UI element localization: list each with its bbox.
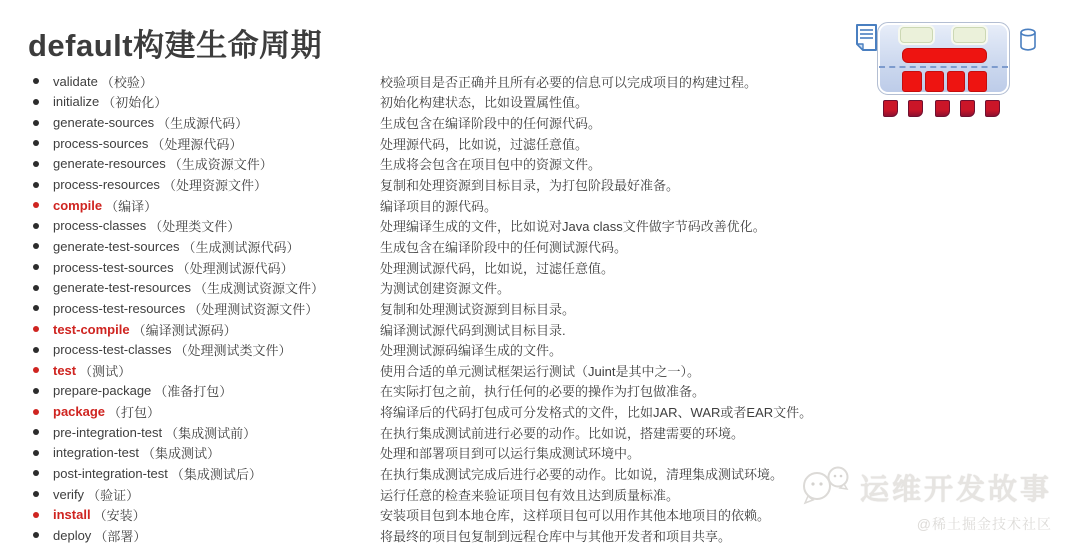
bullet-icon — [33, 78, 39, 84]
artifact-chip — [935, 100, 950, 117]
bullet-icon — [33, 512, 39, 518]
phase-name: package — [53, 404, 105, 419]
lifecycle-row: process-test-sources （处理测试源代码） 处理测试源代码，比… — [0, 257, 1080, 278]
bullet-icon — [33, 223, 39, 229]
phase-cell: prepare-package （准备打包） — [0, 381, 380, 400]
phase-description: 在实际打包之前，执行任何的必要的操作为打包做准备。 — [380, 381, 1080, 400]
bullet-icon — [33, 429, 39, 435]
artifact-chip — [985, 100, 1000, 117]
phase-name: test-compile — [53, 322, 130, 337]
phase-cell: test-compile （编译测试源码） — [0, 320, 380, 339]
bullet-icon — [33, 161, 39, 167]
bullet-icon — [33, 470, 39, 476]
phase-translation: （安装） — [94, 505, 146, 524]
lifecycle-row: generate-test-sources （生成测试源代码） 生成包含在编译阶… — [0, 236, 1080, 257]
lifecycle-row: compile （编译） 编译项目的源代码。 — [0, 195, 1080, 216]
lifecycle-row: process-test-resources （处理测试资源文件） 复制和处理测… — [0, 298, 1080, 319]
watermark: 运维开发故事 @稀土掘金技术社区 — [798, 464, 1052, 534]
phase-cell: verify （验证） — [0, 485, 380, 504]
artifact-chip — [883, 100, 898, 117]
phase-description: 编译测试源代码到测试目标目录. — [380, 320, 1080, 339]
bullet-icon — [33, 388, 39, 394]
lifecycle-row: pre-integration-test （集成测试前） 在执行集成测试前进行必… — [0, 422, 1080, 443]
phase-name: install — [53, 507, 91, 522]
bullet-icon — [33, 285, 39, 291]
phase-cell: process-sources （处理源代码） — [0, 134, 380, 153]
lifecycle-row: generate-test-resources （生成测试资源文件） 为测试创建… — [0, 277, 1080, 298]
bullet-icon — [33, 99, 39, 105]
artifact-chip — [960, 100, 975, 117]
phase-translation: （打包） — [108, 402, 160, 421]
phase-name: test — [53, 363, 76, 378]
chat-bubbles-icon — [798, 464, 852, 511]
bullet-icon — [33, 243, 39, 249]
phase-cell: generate-test-sources （生成测试源代码） — [0, 237, 380, 256]
phase-cell: generate-test-resources （生成测试资源文件） — [0, 278, 380, 297]
phase-name: process-test-resources — [53, 301, 185, 316]
phase-translation: （生成测试资源文件） — [194, 278, 324, 297]
phase-name: prepare-package — [53, 383, 151, 398]
phase-translation: （验证） — [87, 485, 139, 504]
bullet-icon — [33, 305, 39, 311]
bullet-icon — [33, 202, 39, 208]
bullet-icon — [33, 326, 39, 332]
phase-translation: （编译测试源码） — [133, 320, 237, 339]
phase-cell: pre-integration-test （集成测试前） — [0, 423, 380, 442]
build-lifecycle-diagram — [850, 10, 1060, 130]
lifecycle-row: generate-resources （生成资源文件） 生成将会包含在项目包中的… — [0, 154, 1080, 175]
phase-translation: （处理测试资源文件） — [188, 299, 318, 318]
phase-description: 处理源代码，比如说，过滤任意值。 — [380, 134, 1080, 153]
phase-translation: （处理类文件） — [149, 216, 240, 235]
watermark-brand: 运维开发故事 — [860, 467, 1052, 508]
phase-description: 将编译后的代码打包成可分发格式的文件，比如JAR、WAR或者EAR文件。 — [380, 402, 1080, 421]
phase-name: deploy — [53, 528, 91, 543]
page-title: default构建生命周期 — [28, 20, 322, 65]
phase-translation: （处理资源文件） — [163, 175, 267, 194]
lifecycle-row: process-test-classes （处理测试类文件） 处理测试源码编译生… — [0, 339, 1080, 360]
phase-translation: （校验） — [101, 72, 153, 91]
phase-cell: deploy （部署） — [0, 526, 380, 545]
phase-translation: （处理测试类文件） — [174, 340, 291, 359]
phase-description: 在执行集成测试前进行必要的动作。比如说，搭建需要的环境。 — [380, 423, 1080, 442]
phase-name: integration-test — [53, 445, 139, 460]
phase-cell: post-integration-test （集成测试后） — [0, 464, 380, 483]
lifecycle-row: process-resources （处理资源文件） 复制和处理资源到目标目录，… — [0, 174, 1080, 195]
lifecycle-row: process-sources （处理源代码） 处理源代码，比如说，过滤任意值。 — [0, 133, 1080, 154]
phase-translation: （测试） — [79, 361, 131, 380]
phase-translation: （生成源代码） — [157, 113, 248, 132]
phase-cell: integration-test （集成测试） — [0, 443, 380, 462]
lifecycle-row: prepare-package （准备打包） 在实际打包之前，执行任何的必要的操… — [0, 381, 1080, 402]
phase-description: 为测试创建资源文件。 — [380, 278, 1080, 297]
lifecycle-row: test-compile （编译测试源码） 编译测试源代码到测试目标目录. — [0, 319, 1080, 340]
phase-cell: generate-sources （生成源代码） — [0, 113, 380, 132]
bullet-icon — [33, 450, 39, 456]
phase-cell: test （测试） — [0, 361, 380, 380]
bullet-icon — [33, 491, 39, 497]
phase-translation: （初始化） — [102, 92, 167, 111]
phase-translation: （集成测试） — [142, 443, 220, 462]
phase-name: process-sources — [53, 136, 148, 151]
phase-name: validate — [53, 74, 98, 89]
phase-translation: （处理源代码） — [151, 134, 242, 153]
lifecycle-row: process-classes （处理类文件） 处理编译生成的文件，比如说对Ja… — [0, 215, 1080, 236]
phase-translation: （准备打包） — [154, 381, 232, 400]
phase-description: 使用合适的单元测试框架运行测试（Juint是其中之一）。 — [380, 361, 1080, 380]
phase-description: 处理和部署项目到可以运行集成测试环境中。 — [380, 443, 1080, 462]
lifecycle-row: package （打包） 将编译后的代码打包成可分发格式的文件，比如JAR、WA… — [0, 401, 1080, 422]
bullet-icon — [33, 182, 39, 188]
watermark-credit: @稀土掘金技术社区 — [917, 514, 1052, 534]
phase-cell: process-test-sources （处理测试源代码） — [0, 258, 380, 277]
phase-description: 生成将会包含在项目包中的资源文件。 — [380, 154, 1080, 173]
phase-name: process-resources — [53, 177, 160, 192]
bullet-icon — [33, 409, 39, 415]
phase-description: 复制和处理资源到目标目录，为打包阶段最好准备。 — [380, 175, 1080, 194]
phase-translation: （部署） — [94, 526, 146, 545]
phase-cell: process-test-classes （处理测试类文件） — [0, 340, 380, 359]
phase-name: compile — [53, 198, 102, 213]
phase-cell: process-test-resources （处理测试资源文件） — [0, 299, 380, 318]
bullet-icon — [33, 367, 39, 373]
bullet-icon — [33, 347, 39, 353]
phase-cell: validate （校验） — [0, 72, 380, 91]
phase-cell: package （打包） — [0, 402, 380, 421]
phase-description: 处理测试源码编译生成的文件。 — [380, 340, 1080, 359]
phase-cell: process-resources （处理资源文件） — [0, 175, 380, 194]
phase-cell: compile （编译） — [0, 196, 380, 215]
phase-name: post-integration-test — [53, 466, 168, 481]
phase-cell: install （安装） — [0, 505, 380, 524]
phase-translation: （处理测试源代码） — [177, 258, 294, 277]
phase-translation: （编译） — [105, 196, 157, 215]
phase-cell: initialize （初始化） — [0, 92, 380, 111]
phase-name: generate-resources — [53, 156, 166, 171]
artifact-chip — [908, 100, 923, 117]
phase-name: verify — [53, 487, 84, 502]
phase-cell: process-classes （处理类文件） — [0, 216, 380, 235]
phase-translation: （集成测试前） — [165, 423, 256, 442]
phase-description: 处理测试源代码，比如说，过滤任意值。 — [380, 258, 1080, 277]
bullet-icon — [33, 532, 39, 538]
artifact-chip-group — [850, 10, 1060, 130]
phase-translation: （生成资源文件） — [169, 154, 273, 173]
phase-name: process-classes — [53, 218, 146, 233]
phase-name: generate-sources — [53, 115, 154, 130]
phase-description: 编译项目的源代码。 — [380, 196, 1080, 215]
phase-name: process-test-sources — [53, 260, 174, 275]
bullet-icon — [33, 140, 39, 146]
phase-translation: （生成测试源代码） — [182, 237, 299, 256]
lifecycle-row: test （测试） 使用合适的单元测试框架运行测试（Juint是其中之一）。 — [0, 360, 1080, 381]
phase-description: 生成包含在编译阶段中的任何测试源代码。 — [380, 237, 1080, 256]
phase-cell: generate-resources （生成资源文件） — [0, 154, 380, 173]
phase-name: pre-integration-test — [53, 425, 162, 440]
bullet-icon — [33, 120, 39, 126]
bullet-icon — [33, 264, 39, 270]
phase-name: generate-test-resources — [53, 280, 191, 295]
phase-name: process-test-classes — [53, 342, 171, 357]
phase-translation: （集成测试后） — [171, 464, 262, 483]
phase-description: 处理编译生成的文件，比如说对Java class文件做字节码改善优化。 — [380, 216, 1080, 235]
lifecycle-row: integration-test （集成测试） 处理和部署项目到可以运行集成测试… — [0, 443, 1080, 464]
phase-description: 复制和处理测试资源到目标目录。 — [380, 299, 1080, 318]
phase-name: initialize — [53, 94, 99, 109]
phase-name: generate-test-sources — [53, 239, 179, 254]
